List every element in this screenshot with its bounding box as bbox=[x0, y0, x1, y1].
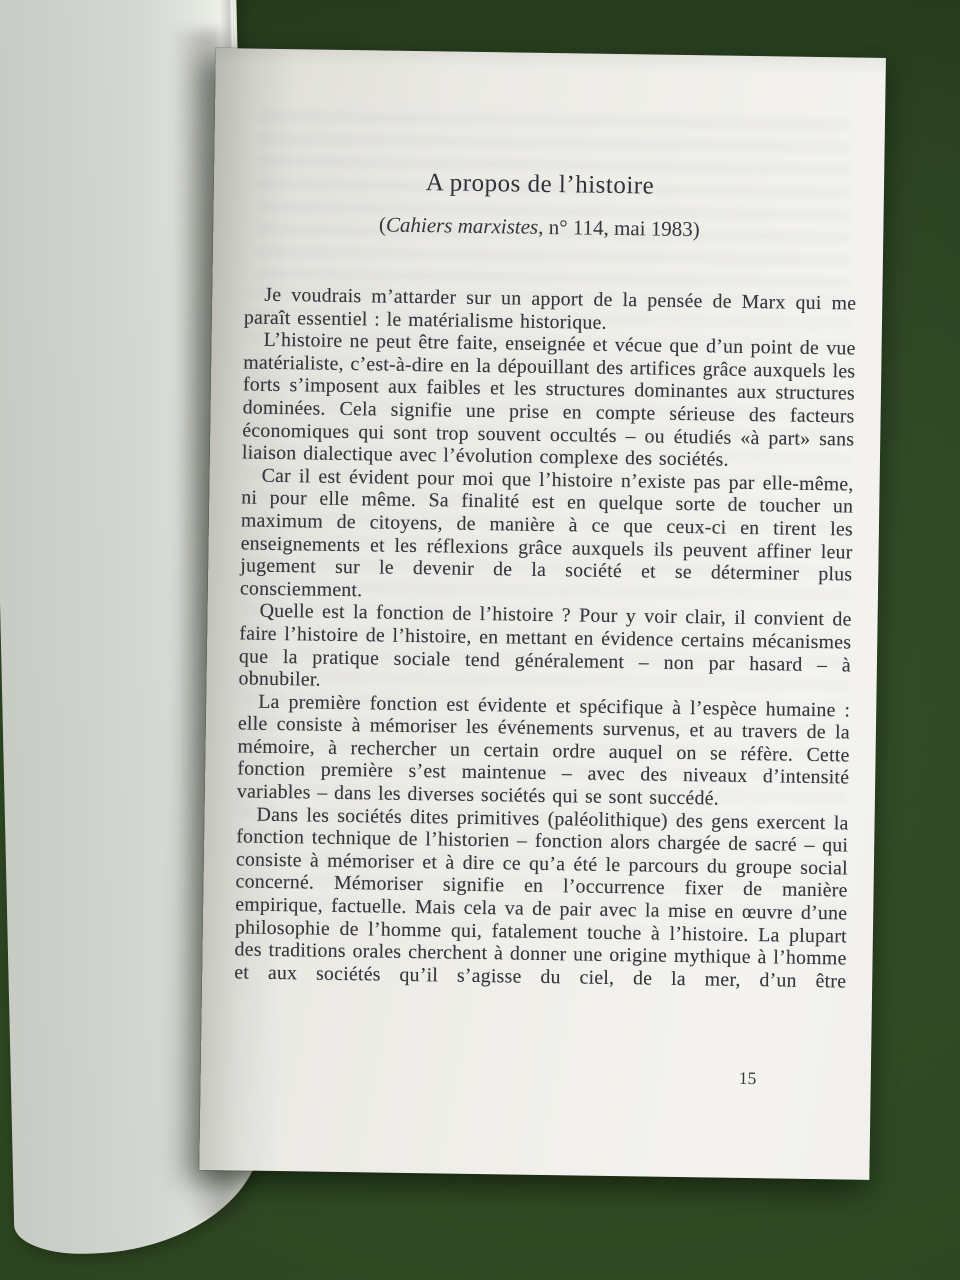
paragraph-5: La première fonction est évidente et spé… bbox=[237, 690, 851, 812]
subtitle-issue-info: , n° 114, mai 1983) bbox=[538, 215, 700, 241]
page-number: 15 bbox=[739, 1068, 757, 1089]
chapter-title: A propos de l’histoire bbox=[234, 166, 846, 203]
photo-backdrop: A propos de l’histoire (Cahiers marxiste… bbox=[0, 0, 960, 1280]
paragraph-4: Quelle est la fonction de l’histoire ? P… bbox=[238, 600, 851, 699]
book-page: A propos de l’histoire (Cahiers marxiste… bbox=[199, 48, 886, 1180]
body-text: Je voudrais m’attarder sur un apport de … bbox=[234, 283, 856, 992]
paragraph-6: Dans les sociétés dites primitives (palé… bbox=[234, 803, 849, 993]
page-content: A propos de l’histoire (Cahiers marxiste… bbox=[199, 48, 886, 1180]
chapter-subtitle: (Cahiers marxistes, n° 114, mai 1983) bbox=[233, 210, 845, 244]
paragraph-2: L’histoire ne peut être faite, enseignée… bbox=[242, 329, 856, 474]
chapter-heading-group: A propos de l’histoire (Cahiers marxiste… bbox=[233, 166, 846, 244]
subtitle-journal-name: Cahiers marxistes bbox=[386, 213, 539, 239]
paragraph-3: Car il est évident pour moi que l’histoi… bbox=[240, 464, 854, 609]
